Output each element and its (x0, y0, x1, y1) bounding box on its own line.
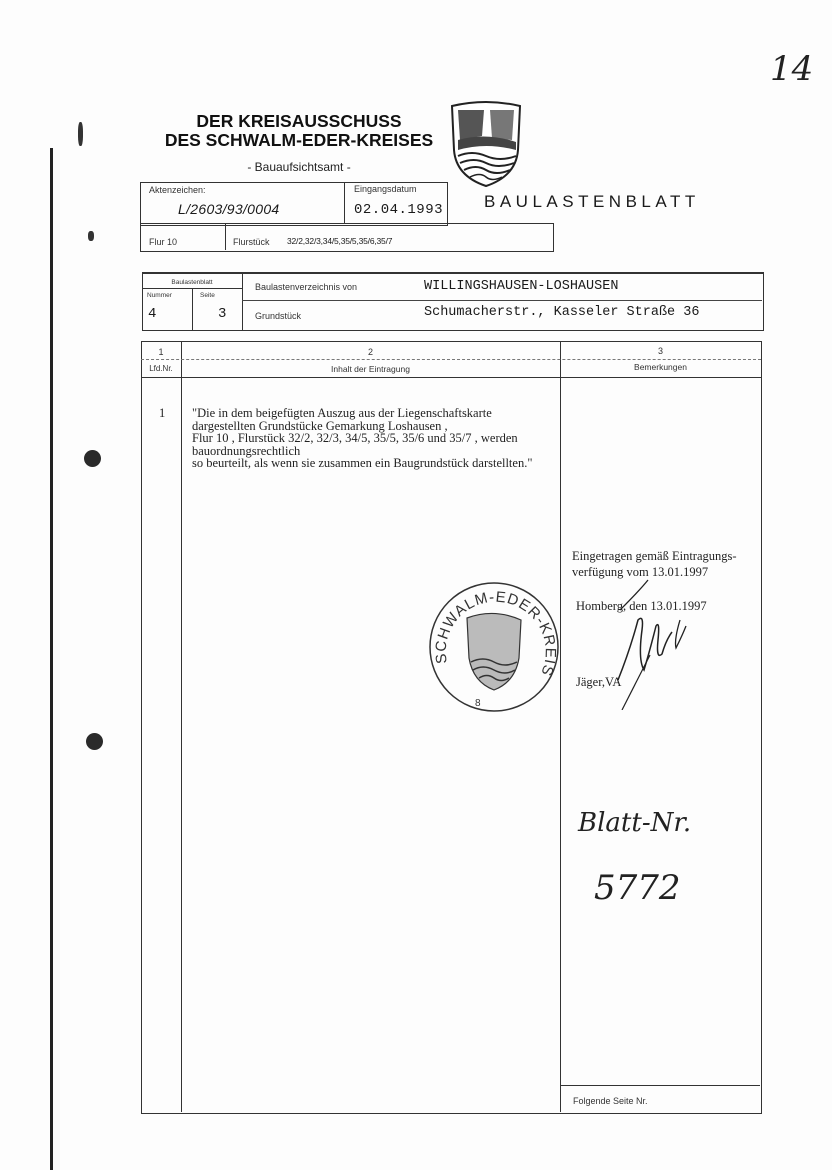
remark-line-1: Eingetragen gemäß Eintragungs- (572, 550, 737, 563)
column-divider-2 (560, 341, 561, 1112)
column-divider-1 (181, 341, 182, 1112)
entry-content-line: so beurteilt, als wenn sie zusammen ein … (192, 457, 557, 470)
flurstueck-value: 32/2,32/3,34/5,35/5,35/6,35/7 (287, 236, 392, 246)
entry-lfd-nr: 1 (159, 407, 165, 420)
nummer-value: 4 (148, 306, 156, 322)
handwritten-blatt-label: Blatt-Nr. (578, 808, 691, 838)
nummer-label: Nummer (147, 292, 172, 299)
verzeichnis-label: Baulastenverzeichnis von (255, 282, 357, 292)
eingangsdatum-label: Eingangsdatum (354, 184, 417, 194)
divider (242, 272, 243, 330)
scan-artifact (88, 231, 94, 241)
verzeichnis-value: WILLINGSHAUSEN-LOSHAUSEN (424, 279, 618, 294)
col-2-label: Inhalt der Eintragung (181, 364, 560, 374)
divider (242, 300, 762, 301)
department-label: - Bauaufsichtsamt - (140, 160, 458, 174)
authority-line-1: DER KREISAUSSCHUSS (140, 112, 458, 131)
punch-hole-bottom (86, 733, 103, 750)
binder-edge-line (50, 148, 53, 1170)
authority-line-2: DES SCHWALM-EDER-KREISES (140, 131, 458, 150)
remark-signatory: Jäger,VA (576, 676, 621, 689)
entry-content-line: Flur 10 , Flurstück 32/2, 32/3, 34/5, 35… (192, 432, 557, 445)
header-divider (141, 359, 761, 360)
entry-content: "Die in dem beigefügten Auszug aus der L… (192, 407, 557, 470)
eingangsdatum-value: 02.04.1993 (354, 202, 443, 218)
baulastenblatt-label: Baulastenblatt (142, 279, 242, 286)
col-1-label: Lfd.Nr. (141, 364, 181, 373)
col-1-number: 1 (141, 347, 181, 357)
footer-divider (561, 1085, 760, 1086)
seite-value: 3 (218, 306, 226, 322)
col-3-number: 3 (561, 346, 760, 356)
grundstueck-value: Schumacherstr., Kasseler Straße 36 (424, 305, 699, 320)
grundstueck-label: Grundstück (255, 311, 301, 321)
coat-of-arms-icon (446, 96, 526, 188)
header-bottom-line (141, 377, 761, 378)
seite-label: Seite (200, 292, 215, 299)
signature-icon (600, 570, 700, 710)
aktenzeichen-label: Aktenzeichen: (149, 185, 206, 195)
handwritten-blatt-number: 5772 (594, 868, 681, 908)
divider (344, 182, 345, 224)
aktenzeichen-value: L/2603/93/0004 (178, 201, 280, 217)
flurstueck-label: Flurstück (233, 237, 270, 247)
next-page-label: Folgende Seite Nr. (573, 1096, 648, 1106)
authority-heading: DER KREISAUSSCHUSS DES SCHWALM-EDER-KREI… (140, 112, 458, 150)
col-2-number: 2 (181, 347, 560, 357)
document-title: BAULASTENBLATT (484, 192, 700, 212)
flur-label: Flur 10 (149, 237, 177, 247)
divider (192, 288, 193, 330)
punch-hole-top (84, 450, 101, 467)
official-stamp-icon: SCHWALM-EDER-KREIS 8 (425, 578, 563, 716)
divider (225, 223, 226, 250)
page-number-mark: 14 (770, 52, 813, 86)
scan-artifact (78, 122, 83, 146)
col-3-label: Bemerkungen (561, 362, 760, 372)
stamp-number: 8 (475, 698, 481, 709)
entry-content-line: "Die in dem beigefügten Auszug aus der L… (192, 407, 557, 420)
